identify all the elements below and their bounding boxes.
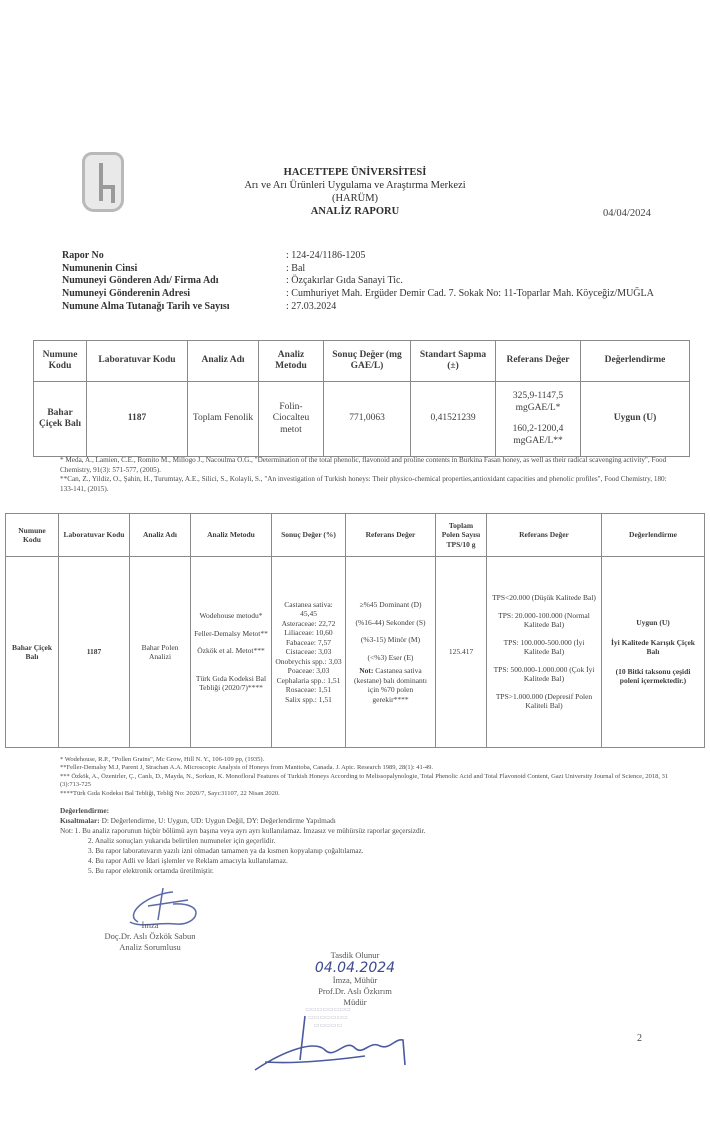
col-header: Değerlendirme [602, 514, 705, 557]
col-header: Numune Kodu [6, 514, 59, 557]
sign-label: İmza, Mühür [295, 975, 415, 986]
col-header: Laboratuvar Kodu [59, 514, 130, 557]
evaluation: Uygun (U) [581, 382, 690, 457]
table-header-row: Numune Kodu Laboratuvar Kodu Analiz Adı … [34, 341, 690, 382]
meta-row: Numunenin Cinsi : Bal [62, 263, 656, 276]
tps-ref-item: TPS: 20.000-100.000 (Normal Kalitede Bal… [490, 611, 598, 630]
tps-ref-item: TPS: 500.000-1.000.000 (Çok İyi Kalitede… [490, 665, 598, 684]
lab-code: 1187 [87, 382, 188, 457]
result-item: Cephalaria spp.: 1,51 [275, 676, 342, 686]
col-header: Laboratuvar Kodu [87, 341, 188, 382]
abbreviations: Kısaltmalar: D: Değerlendirme, U: Uygun,… [60, 816, 660, 826]
signature-analyst: İmza Doç.Dr. Aslı Özkök Sabun Analiz Sor… [85, 920, 215, 953]
col-header: Sonuç Değer (%) [272, 514, 346, 557]
result-item: Rosaceae: 1,51 [275, 685, 342, 695]
result-item: Onobrychis spp.: 3,03 [275, 657, 342, 667]
evaluation-quality: İyi Kalitede Karışık Çiçek Balı [605, 638, 701, 657]
result-item: Fabaceae: 7,57 [275, 638, 342, 648]
method-item: Türk Gıda Kodeksi Bal Tebliği (2020/7)**… [194, 674, 268, 693]
reference-item: * Wodehouse, R.P., "Pollen Grains", Mc G… [60, 756, 680, 764]
evaluation-notes: Değerlendirme: Kısaltmalar: D: Değerlend… [60, 806, 660, 876]
evaluation-status: Uygun (U) [605, 618, 701, 628]
col-header: Sonuç Değer (mg GAE/L) [324, 341, 411, 382]
col-header: Referans Değer [346, 514, 436, 557]
reference-values: ≥%45 Dominant (D) (%16-44) Sekonder (S) … [346, 557, 436, 748]
reference-item: *** Özkök, A., Özenirler, Ç., Canlı, D.,… [60, 773, 680, 790]
analyst-name: Doç.Dr. Aslı Özkök Sabun [85, 931, 215, 942]
meta-value: : 27.03.2024 [286, 301, 656, 314]
lab-code: 1187 [59, 557, 130, 748]
reference-2: 160,2-1200,4 mgGAE/L** [499, 424, 577, 447]
ref-item: (%3-15) Minör (M) [349, 635, 432, 645]
table-header-row: Numune Kodu Laboratuvar Kodu Analiz Adı … [6, 514, 705, 557]
table-row: Bahar Çiçek Balı 1187 Toplam Fenolik Fol… [34, 382, 690, 457]
meta-label: Numuneyi Gönderenin Adresi [62, 288, 286, 301]
result-values: Castanea sativa: 45,45 Asteraceae: 22,72… [272, 557, 346, 748]
meta-label: Numuneyi Gönderen Adı/ Firma Adı [62, 275, 286, 288]
meta-value: : Bal [286, 263, 656, 276]
col-header: Analiz Metodu [259, 341, 324, 382]
method-item: Wodehouse metodu* [194, 611, 268, 621]
col-header: Referans Değer [496, 341, 581, 382]
sample-code: Bahar Çiçek Balı [6, 557, 59, 748]
ref-note: Not: Castanea sativa (kestane) balı domi… [349, 666, 432, 704]
analysis-name: Bahar Polen Analizi [130, 557, 191, 748]
analyst-role: Analiz Sorumlusu [85, 942, 215, 953]
col-header: Değerlendirme [581, 341, 690, 382]
reference-item: **Can, Z., Yildiz, O., Şahin, H., Turumt… [60, 475, 680, 494]
analysis-methods: Wodehouse metodu* Feller-Demalsy Metot**… [191, 557, 272, 748]
signature-2-icon [245, 1010, 415, 1080]
references-table2: * Wodehouse, R.P., "Pollen Grains", Mc G… [60, 756, 680, 798]
tps-reference-values: TPS<20.000 (Düşük Kalitede Bal) TPS: 20.… [487, 557, 602, 748]
note-item: 4. Bu rapor Adli ve İdari işlemler ve Re… [60, 856, 660, 866]
ref-item: (%16-44) Sekonder (S) [349, 618, 432, 628]
ref-item: (<%3) Eser (E) [349, 653, 432, 663]
result-item: Castanea sativa: 45,45 [275, 600, 342, 619]
reference-item: * Meda, A., Lamien, C.E., Romito M., Mil… [60, 456, 680, 475]
col-header: Analiz Metodu [191, 514, 272, 557]
note-item: 5. Bu rapor elektronik ortamda üretilmiş… [60, 866, 660, 876]
tps-ref-item: TPS: 100.000-500.000 (İyi Kalitede Bal) [490, 638, 598, 657]
handwritten-date: 04.04.2024 [295, 961, 415, 975]
report-title: ANALİZ RAPORU [170, 205, 540, 218]
meta-value: : Cumhuriyet Mah. Ergüder Demir Cad. 7. … [286, 288, 656, 301]
sign-label: İmza [85, 920, 215, 931]
report-header: HACETTEPE ÜNİVERSİTESİ Arı ve Arı Ürünle… [170, 166, 540, 218]
reference-1: 325,9-1147,5 mgGAE/L* [499, 391, 577, 414]
references-table1: * Meda, A., Lamien, C.E., Romito M., Mil… [60, 456, 680, 494]
note-item: 3. Bu rapor laboratuvarın yazılı izni ol… [60, 846, 660, 856]
evaluation: Uygun (U) İyi Kalitede Karışık Çiçek Bal… [602, 557, 705, 748]
report-date: 04/04/2024 [603, 208, 651, 219]
ref-item: ≥%45 Dominant (D) [349, 600, 432, 610]
notes-title: Değerlendirme: [60, 806, 660, 816]
table-row: Bahar Çiçek Balı 1187 Bahar Polen Analiz… [6, 557, 705, 748]
col-header: Numune Kodu [34, 341, 87, 382]
analysis-name: Toplam Fenolik [188, 382, 259, 457]
result-item: Salix spp.: 1,51 [275, 695, 342, 705]
col-header: Analiz Adı [130, 514, 191, 557]
col-header: Referans Değer [487, 514, 602, 557]
analysis-method: Folin-Ciocalteu metot [259, 382, 324, 457]
ref-note-label: Not: [359, 666, 373, 675]
col-header: Toplam Polen Sayısı TPS/10 g [436, 514, 487, 557]
result-item: Liliaceae: 10,60 [275, 628, 342, 638]
note-item: Not: 1. Bu analiz raporunun hiçbir bölüm… [60, 826, 660, 836]
col-header: Standart Sapma (±) [411, 341, 496, 382]
meta-row: Rapor No : 124-24/1186-1205 [62, 250, 656, 263]
center-name: Arı ve Arı Ürünleri Uygulama ve Araştırm… [170, 179, 540, 192]
result-value: 771,0063 [324, 382, 411, 457]
method-item: Feller-Demalsy Metot** [194, 629, 268, 639]
meta-value: : 124-24/1186-1205 [286, 250, 656, 263]
meta-value: : Özçakırlar Gıda Sanayi Tic. [286, 275, 656, 288]
result-item: Cistaceae: 3,03 [275, 647, 342, 657]
abbrev-label: Kısaltmalar: [60, 816, 100, 825]
reference-item: **Feller-Demalsy M.J, Parent J, Strachan… [60, 764, 680, 772]
reference-item: ****Türk Gıda Kodeksi Bal Tebliği, Tebli… [60, 790, 680, 798]
result-item: Asteraceae: 22,72 [275, 619, 342, 629]
reference-value: 325,9-1147,5 mgGAE/L* 160,2-1200,4 mgGAE… [496, 382, 581, 457]
total-pollen-count: 125.417 [436, 557, 487, 748]
note-item: 2. Analiz sonuçları yukarıda belirtilen … [60, 836, 660, 846]
director-name: Prof.Dr. Aslı Özkırım [295, 986, 415, 997]
page-number: 2 [637, 1033, 642, 1044]
method-item: Özkök et al. Metot*** [194, 646, 268, 656]
evaluation-note: (10 Bitki taksonu çeşidi poleni içermekt… [605, 667, 701, 686]
report-meta: Rapor No : 124-24/1186-1205 Numunenin Ci… [62, 250, 656, 314]
abbrev-text: D: Değerlendirme, U: Uygun, UD: Uygun De… [102, 816, 336, 825]
meta-row: Numuneyi Gönderenin Adresi : Cumhuriyet … [62, 288, 656, 301]
meta-label: Numunenin Cinsi [62, 263, 286, 276]
phenolic-results-table: Numune Kodu Laboratuvar Kodu Analiz Adı … [33, 340, 690, 457]
meta-row: Numune Alma Tutanağı Tarih ve Sayısı : 2… [62, 301, 656, 314]
pollen-results-table: Numune Kodu Laboratuvar Kodu Analiz Adı … [5, 513, 705, 748]
tps-ref-item: TPS<20.000 (Düşük Kalitede Bal) [490, 593, 598, 603]
meta-label: Numune Alma Tutanağı Tarih ve Sayısı [62, 301, 286, 314]
university-logo-icon [82, 152, 124, 212]
meta-label: Rapor No [62, 250, 286, 263]
center-abbr: (HARÜM) [170, 192, 540, 205]
tps-ref-item: TPS>1.000.000 (Depresif Polen Kaliteli B… [490, 692, 598, 711]
std-deviation: 0,41521239 [411, 382, 496, 457]
signature-director: Tasdik Olunur 04.04.2024 İmza, Mühür Pro… [295, 950, 415, 1008]
meta-row: Numuneyi Gönderen Adı/ Firma Adı : Özçak… [62, 275, 656, 288]
university-name: HACETTEPE ÜNİVERSİTESİ [170, 166, 540, 179]
sample-code: Bahar Çiçek Balı [34, 382, 87, 457]
result-item: Poaceae: 3,03 [275, 666, 342, 676]
col-header: Analiz Adı [188, 341, 259, 382]
